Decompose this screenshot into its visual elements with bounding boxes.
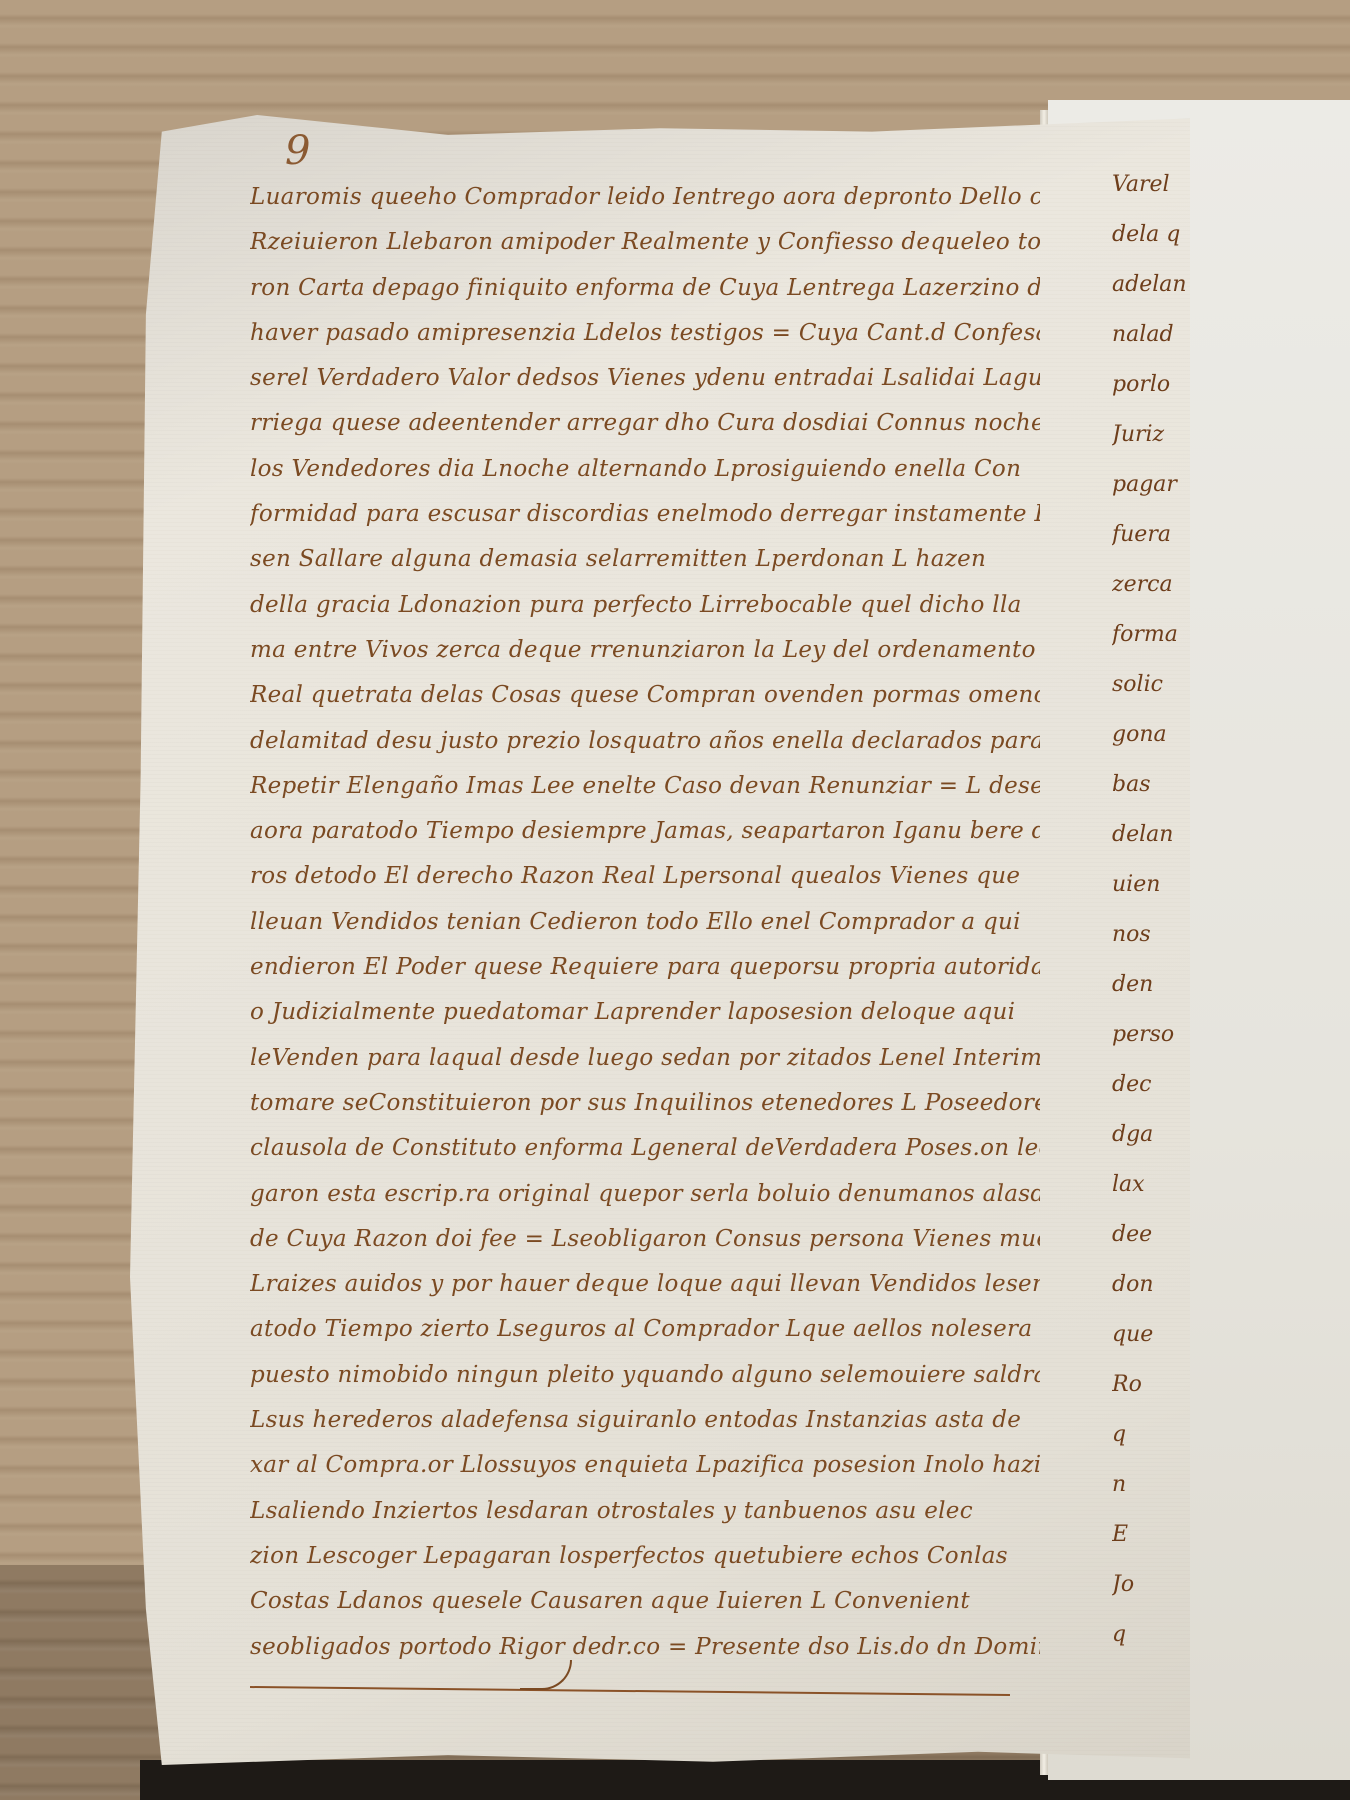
manuscript-line: seobligados portodo Rigor dedr.co = Pres…: [250, 1625, 1040, 1670]
manuscript-line: xar al Compra.or Llossuyos enquieta Lpaz…: [250, 1443, 1040, 1488]
manuscript-line: pagar: [1112, 460, 1350, 510]
manuscript-line: los Vendedores dia Lnoche alternando Lpr…: [250, 447, 1040, 492]
manuscript-line: ma entre Vivos zerca deque rrenunziaron …: [250, 628, 1040, 673]
manuscript-line: garon esta escrip.ra original quepor ser…: [250, 1172, 1040, 1217]
manuscript-line: gona: [1112, 710, 1350, 760]
manuscript-line: lax: [1112, 1160, 1350, 1210]
manuscript-line: clausola de Constituto enforma Lgeneral …: [250, 1126, 1040, 1171]
manuscript-line: fuera: [1112, 510, 1350, 560]
manuscript-line: den: [1112, 960, 1350, 1010]
manuscript-line: delamitad desu justo prezio losquatro añ…: [250, 719, 1040, 764]
manuscript-line: q: [1112, 1410, 1350, 1460]
manuscript-line: zerca: [1112, 560, 1350, 610]
manuscript-line: sen Sallare alguna demasia selarremitten…: [250, 537, 1040, 582]
manuscript-line: porlo: [1112, 360, 1350, 410]
manuscript-line: dga: [1112, 1110, 1350, 1160]
manuscript-line: adelan: [1112, 260, 1350, 310]
manuscript-line: delan: [1112, 810, 1350, 860]
manuscript-line: serel Verdadero Valor dedsos Vienes yden…: [250, 356, 1040, 401]
manuscript-line: puesto nimobido ningun pleito yquando al…: [250, 1353, 1040, 1398]
manuscript-line: tomare seConstituieron por sus Inquilino…: [250, 1081, 1040, 1126]
manuscript-line: don: [1112, 1260, 1350, 1310]
manuscript-line: Lraizes auidos y por hauer deque loque a…: [250, 1262, 1040, 1307]
manuscript-line: de Cuya Razon doi fee = Lseobligaron Con…: [250, 1217, 1040, 1262]
manuscript-line: nalad: [1112, 310, 1350, 360]
manuscript-line: que: [1112, 1310, 1350, 1360]
manuscript-line: Varel: [1112, 160, 1350, 210]
manuscript-line: formidad para escusar discordias enelmod…: [250, 492, 1040, 537]
manuscript-line: q: [1112, 1610, 1350, 1660]
manuscript-text-right: Varel dela q adelan nalad porlo Juriz pa…: [1112, 160, 1350, 1660]
manuscript-line: dela q: [1112, 210, 1350, 260]
manuscript-line: endieron El Poder quese Requiere para qu…: [250, 945, 1040, 990]
manuscript-line: Rzeiuieron Llebaron amipoder Realmente y…: [250, 220, 1040, 265]
manuscript-line: Costas Ldanos quesele Causaren aque Iuie…: [250, 1579, 1040, 1624]
margin-numeral: 9: [285, 128, 310, 174]
manuscript-line: uien: [1112, 860, 1350, 910]
manuscript-line: n: [1112, 1460, 1350, 1510]
manuscript-line: leVenden para laqual desde luego sedan p…: [250, 1036, 1040, 1081]
manuscript-line: o Judizialmente puedatomar Laprender lap…: [250, 990, 1040, 1035]
manuscript-line: E: [1112, 1510, 1350, 1560]
manuscript-line: rriega quese adeentender arregar dho Cur…: [250, 401, 1040, 446]
manuscript-line: Lsus herederos aladefensa siguiranlo ent…: [250, 1398, 1040, 1443]
manuscript-line: della gracia Ldonazion pura perfecto Lir…: [250, 583, 1040, 628]
manuscript-line: dec: [1112, 1060, 1350, 1110]
manuscript-text-left: Luaromis queeho Comprador leido Ientrego…: [250, 175, 1040, 1670]
manuscript-line: Real quetrata delas Cosas quese Compran …: [250, 673, 1040, 718]
manuscript-line: Jo: [1112, 1560, 1350, 1610]
manuscript-line: haver pasado amipresenzia Ldelos testigo…: [250, 311, 1040, 356]
manuscript-line: aora paratodo Tiempo desiempre Jamas, se…: [250, 809, 1040, 854]
manuscript-line: atodo Tiempo zierto Lseguros al Comprado…: [250, 1307, 1040, 1352]
manuscript-line: Lsaliendo Inziertos lesdaran otrostales …: [250, 1489, 1040, 1534]
manuscript-line: Ro: [1112, 1360, 1350, 1410]
manuscript-line: Luaromis queeho Comprador leido Ientrego…: [250, 175, 1040, 220]
manuscript-line: Juriz: [1112, 410, 1350, 460]
manuscript-line: forma: [1112, 610, 1350, 660]
manuscript-line: solic: [1112, 660, 1350, 710]
manuscript-line: lleuan Vendidos tenian Cedieron todo Ell…: [250, 900, 1040, 945]
manuscript-line: dee: [1112, 1210, 1350, 1260]
manuscript-line: perso: [1112, 1010, 1350, 1060]
manuscript-line: zion Lescoger Lepagaran losperfectos que…: [250, 1534, 1040, 1579]
manuscript-line: ron Carta depago finiquito enforma de Cu…: [250, 266, 1040, 311]
manuscript-line: ros detodo El derecho Razon Real Lperson…: [250, 854, 1040, 899]
manuscript-line: bas: [1112, 760, 1350, 810]
manuscript-line: Repetir Elengaño Imas Lee enelte Caso de…: [250, 764, 1040, 809]
manuscript-line: nos: [1112, 910, 1350, 960]
